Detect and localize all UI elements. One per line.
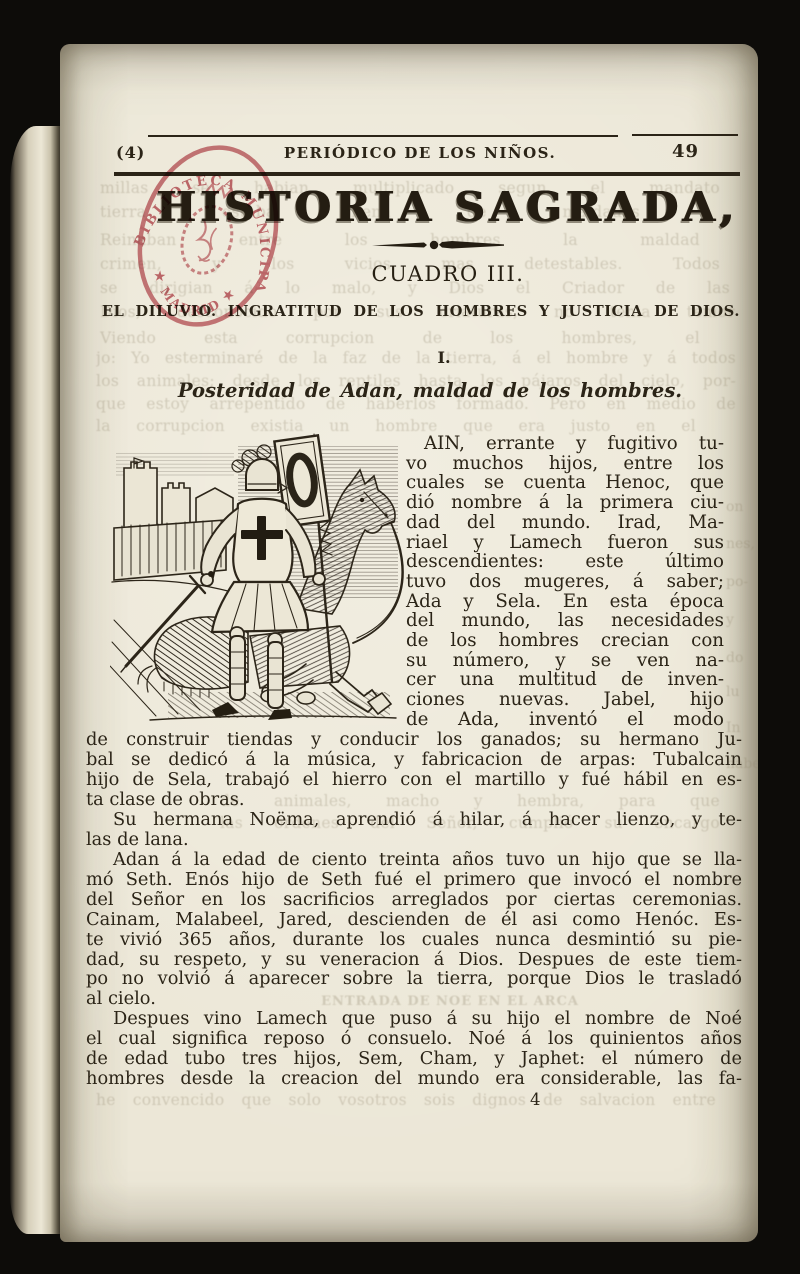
text-line: riael y Lamech fueron sus	[406, 533, 724, 553]
page-number: 49	[672, 141, 699, 162]
text-line: de edad tubo tres hijos, Sem, Cham, y Ja…	[86, 1049, 742, 1069]
stamp-bottom-text: ★ MADRID ★	[142, 263, 240, 329]
signature-mark: 4	[530, 1090, 541, 1109]
text-line: de los hombres crecian con	[406, 631, 724, 651]
margin-fragment: do	[726, 650, 743, 666]
book-scan: { "colors":{"bg":"#0d0c09","paper":"#ece…	[0, 0, 800, 1274]
text-line: dad, su respeto, y su veneracion á Dios.…	[86, 950, 742, 970]
text-line: el cual significa reposo ó consuelo. Noé…	[86, 1029, 742, 1049]
margin-fragment: y	[726, 612, 734, 628]
paragraph: Adan á la edad de ciento treinta años tu…	[86, 850, 742, 1009]
margin-fragment: on	[726, 499, 743, 515]
text-line: bal se dedicó á la música, y fabricacion…	[86, 750, 742, 770]
text-line: las de lana.	[86, 830, 742, 850]
text-line: dad del mundo. Irad, Ma-	[406, 513, 724, 533]
text-line: al cielo.	[86, 989, 742, 1009]
text-line: Despues vino Lamech que puso á su hijo e…	[86, 1009, 742, 1029]
part-number: I.	[86, 348, 758, 367]
text-line: hombres desde la creacion del mundo era …	[86, 1069, 742, 1089]
text-line: ciones nuevas. Jabel, hijo	[406, 690, 724, 710]
part-heading: Posteridad de Adan, maldad de los hombre…	[86, 379, 758, 402]
knight-woodcut-illustration	[110, 430, 406, 730]
scanned-page: (4) PERIÓDICO DE LOS NIÑOS. 49 millas se…	[60, 44, 758, 1242]
text-line: vo muchos hijos, entre los	[406, 454, 724, 474]
text-line: te vivió 365 años, durante los cuales nu…	[86, 930, 742, 950]
text-line: Adan á la edad de ciento treinta años tu…	[86, 850, 742, 870]
margin-fragment: nes,	[726, 536, 755, 552]
text-line: de Ada, inventó el modo	[406, 710, 724, 730]
text-line: dió nombre á la primera ciu-	[406, 493, 724, 513]
paragraph: Despues vino Lamech que puso á su hijo e…	[86, 1009, 742, 1089]
text-line: de construir tiendas y conducir los gana…	[86, 730, 742, 750]
header-rule-top-left	[148, 135, 618, 137]
text-line: po no volvió á aparecer sobre la tierra,…	[86, 969, 742, 989]
text-line: Ada y Sela. En esta época	[406, 592, 724, 612]
text-column: AIN, errante y fugitivo tu- vo muchos hi…	[406, 434, 724, 730]
text-line: del mundo, las necesidades	[406, 611, 724, 631]
text-line: Cainam, Malabeel, Jared, descienden de é…	[86, 910, 742, 930]
library-stamp: BIBLIOTECA MUNICIPAL ★ MADRID ★	[108, 140, 313, 335]
text-line: su número, y se ven na-	[406, 651, 724, 671]
text-line: Su hermana Noëma, aprendió á hilar, á ha…	[86, 810, 742, 830]
text-line: ta clase de obras.	[86, 790, 742, 810]
text-line: hijo de Sela, trabajó el hierro con el m…	[86, 770, 742, 790]
paragraph: de construir tiendas y conducir los gana…	[86, 730, 742, 810]
paragraph: Su hermana Noëma, aprendió á hilar, á ha…	[86, 810, 742, 850]
text-line: tuvo dos mugeres, á saber;	[406, 572, 724, 592]
text-line: del Señor en los sacrificios arreglados …	[86, 890, 742, 910]
text-line: AIN, errante y fugitivo tu-	[406, 434, 724, 454]
divider-ornament	[372, 238, 504, 252]
page-stack-edge	[10, 126, 62, 1234]
text-line: cer una multitud de inven-	[406, 670, 724, 690]
text-line: descendientes: este último	[406, 552, 724, 572]
bleedthrough-line: he convencido que solo vosotros sois dig…	[96, 1091, 716, 1109]
text-line: mó Seth. Enós hijo de Seth fué el primer…	[86, 870, 742, 890]
text-line: cuales se cuenta Henoc, que	[406, 473, 724, 493]
margin-fragment: po-	[726, 574, 748, 590]
header-rule-top-right	[632, 134, 738, 136]
margin-fragment: lu	[726, 684, 740, 700]
svg-text:★ MADRID ★: ★ MADRID ★	[142, 263, 240, 329]
